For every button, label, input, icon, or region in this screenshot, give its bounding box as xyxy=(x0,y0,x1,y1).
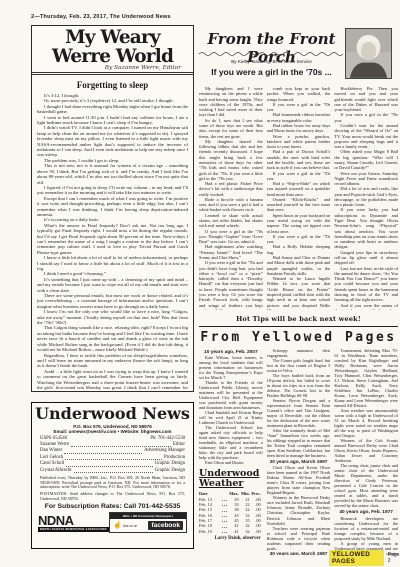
paragraph: Had Sonny and Cher or Donnie and Marie d… xyxy=(267,255,331,276)
paragraph: I went to bed around 11:30 p.m. I hadn’t… xyxy=(37,115,188,126)
newspaper-name: Underwood News xyxy=(32,406,193,423)
paragraph: I figured, if I’m not going to sleep, I’… xyxy=(37,185,188,196)
paragraph: Did a lot of arts and crafts, like yarn … xyxy=(334,186,398,207)
paragraph: It’s something that I just came up with … xyxy=(37,277,188,293)
dotted-leader xyxy=(222,521,227,522)
phone-number: Ph: 701-442-5530 xyxy=(150,436,185,441)
front-porch-byline: By Kathy Tandberg, BHG News Service xyxy=(199,59,344,64)
porch-column-1: My daughters and I were reminiscing on t… xyxy=(199,86,263,310)
paragraph: Schoepp announce their engagement. xyxy=(267,348,331,358)
staff-role: Graphic Design xyxy=(155,468,185,474)
paragraph: Senator Byron Dorgan and a representativ… xyxy=(267,398,331,428)
page-number-label: Page 2 xyxy=(388,552,400,564)
paragraph: Winners of the Cub Scouts annual Pinewoo… xyxy=(334,438,398,463)
date-cell: Feb. 19 xyxy=(199,529,221,534)
weather-table: Date Max. Min. Prec. Feb. 13 29 21 .00 xyxy=(199,491,261,534)
folio-line: 2—Thursday, Feb. 23, 2017, The Underwood… xyxy=(31,14,171,20)
paragraph: Huckleberry Pie. Then you moved on and y… xyxy=(334,86,398,112)
min-cell: 32 xyxy=(239,529,250,534)
paragraph: So do I, now that I see what some of tho… xyxy=(199,118,263,139)
paragraph: If you were a girl in the ’70s you: Thou… xyxy=(199,229,263,245)
porch-column-2: comb you kept in your back pocket. When … xyxy=(267,86,331,310)
staff-list: Suzanne Werre Editor Dan Winter Advertis… xyxy=(32,442,193,474)
hot-tips-notice: Hot Tips will be back next week! xyxy=(199,315,398,323)
newspaper-page: 2—Thursday, Feb. 23, 2017, The Underwood… xyxy=(0,0,400,567)
paragraph: Had rubber boots for rainy days and Moon… xyxy=(267,123,331,134)
paragraph: If you were a girl in the ’70s you: xyxy=(334,112,398,123)
yellowed-pages-section: From Yellowed Pages 10 years ago, Feb. 2… xyxy=(199,326,398,563)
paragraph: Andd ... a little light went on as I was… xyxy=(37,369,188,392)
weather-title: Underwood Weather xyxy=(199,469,261,489)
paragraph: Teachers were wearing pajamas at school … xyxy=(267,526,331,551)
paragraph: Had homemade ribbon barrettes in every i… xyxy=(267,112,331,123)
dotted-leader xyxy=(71,446,171,447)
dotted-leader xyxy=(222,527,227,528)
subscription-line: For Subscription Rates: Call 701-442-553… xyxy=(32,503,193,510)
article-headline: Forgetting to sleep xyxy=(32,80,193,90)
wavy-divider xyxy=(199,51,344,57)
ndna-association-label: NORTH DAKOTA NEWSPAPER ASSOCIATION xyxy=(38,527,109,532)
dotted-leader xyxy=(64,453,142,454)
paragraph: The Underwood School has again asked cit… xyxy=(199,425,263,460)
paragraph: Tournament, defeating Max 70-61 in Washb… xyxy=(334,348,398,408)
paragraph: Had a “Slip-n-Slide” on which you injure… xyxy=(267,181,331,197)
paragraph: There are some personal emails, but most… xyxy=(37,293,188,309)
prec-cell: .00 xyxy=(250,529,261,534)
paragraph: Wore a poncho, gauchos, knickers and whi… xyxy=(267,134,331,150)
columnist-photo xyxy=(345,28,392,79)
dotted-leader xyxy=(222,511,227,512)
paragraph: The swing choir, junior choir and senior… xyxy=(334,463,398,508)
porch-column-3: Huckleberry Pie. Then you moved on and y… xyxy=(334,86,398,310)
decade-header: 30 years ago, March 1987 xyxy=(267,552,331,555)
front-porch-body: My daughters and I were reminiscing on t… xyxy=(199,86,398,310)
paragraph: I know a little bit about a lot of stuff… xyxy=(37,255,188,271)
paragraph: The boys battled back from an 18-point d… xyxy=(267,373,331,398)
paragraph: Wanted to be Laura Ingalls Wilder. In fa… xyxy=(267,276,331,310)
paragraph: Kate Wilson, horse trainer, is among the… xyxy=(199,355,263,380)
weary-werre-column: My Weary Werre World By Suzanne Werre, E… xyxy=(31,25,194,392)
paragraph: Regardless, I have to tackle this proble… xyxy=(37,353,188,369)
weather-box: Underwood Weather Date Max. Min. Prec. F… xyxy=(199,469,263,541)
paragraph: Had nightmares after watching “Fantasy I… xyxy=(199,244,263,260)
portrait-graphic xyxy=(346,29,391,78)
publication-info: Published every Thursday by BHG, Inc., P… xyxy=(32,474,193,490)
paragraph: Rode a bicycle with a banana seat, and i… xyxy=(199,197,263,213)
paragraph: After the untimely death of Mel “Sam” Sa… xyxy=(267,428,331,458)
front-porch-article: From the Front Porch By Kathy Tandberg, … xyxy=(199,26,398,324)
paragraph: Bismarck developers are considering Unde… xyxy=(334,516,398,541)
paragraph: Last, but not least, in the style of the… xyxy=(334,266,398,303)
logo-row: NDNA NORTH DAKOTA NEWSPAPER ASSOCIATION … xyxy=(32,510,193,533)
paragraph: Erin Olson and Dustin xyxy=(199,460,263,465)
paragraph: Chad Olson and Kevin Olson have been nam… xyxy=(267,465,331,495)
paragraph: This is not new, nor is it unusual for w… xyxy=(37,163,188,185)
paragraph: Except that I can’t remember much of wha… xyxy=(37,196,188,218)
paragraph: The Comet girls fought hard, but lost in… xyxy=(267,358,331,373)
paragraph: My daughter shared the following tidbits… xyxy=(199,139,263,181)
like-text: Like us on xyxy=(123,524,138,528)
paragraph: comb you kept in your back pocket. When … xyxy=(267,86,331,102)
paragraph: Wore out your Grease, Saturday Night Fev… xyxy=(334,171,398,187)
dotted-leader xyxy=(65,459,162,460)
usps-phone-row: USPS 654540 Ph: 701-442-5530 xyxy=(32,434,193,442)
staff-name: Crystal Albrecht xyxy=(40,468,72,474)
yellowed-pages-body: 10 years ago, Feb. 2007 Kate Wilson, hor… xyxy=(199,347,398,555)
facebook-badge: BHG + ND Community Newspapers ☝ Like us … xyxy=(109,512,187,533)
newspaper-contact: Email: unnews@westriv.com • Website: bhg… xyxy=(32,429,193,434)
paragraph: If you were lucky you had subscriptions … xyxy=(334,207,398,249)
paragraph: Thanks to the Friends of the Underwood P… xyxy=(199,380,263,410)
paragraph: Had a pair of Doctor Scholl’s sandals, t… xyxy=(267,149,331,170)
dotted-leader xyxy=(74,472,153,473)
yellowed-pages-tag-row: YELLOWED PAGES Page 2 xyxy=(329,550,400,566)
yellowed-column-1: 10 years ago, Feb. 2007 Kate Wilson, hor… xyxy=(199,348,263,555)
paragraph: Had a Holly Hobbie sleeping bag. xyxy=(267,244,331,255)
paragraph: Couldn’t wait for the annual showing of … xyxy=(334,123,398,149)
paragraph: Spent hours in your backyard on your met… xyxy=(267,213,331,234)
postmaster-info: POSTMASTER: Send address changes to The … xyxy=(32,490,193,501)
paragraph: If you were a girl in the ’70s and you d… xyxy=(199,260,263,310)
column-title: My Weary Werre World xyxy=(36,29,189,66)
paragraph: Had a red plastic Fisher Price doctor’s … xyxy=(199,181,263,197)
thumbs-up-icon: ☝ xyxy=(113,522,122,529)
max-cell: 41 xyxy=(228,529,239,534)
yellowed-column-3: Tournament, defeating Max 70-61 in Washb… xyxy=(334,348,398,555)
facebook-logo: facebook xyxy=(148,521,183,530)
article-body: It’s 3:12, I thought. Or, more precisely… xyxy=(32,93,193,392)
paragraph: Owned “Klick-Klacks” and smacked yoursel… xyxy=(267,197,331,213)
ndna-wordmark: NDNA xyxy=(38,514,109,527)
paragraph: And if you were the moms of those girls,… xyxy=(334,303,398,310)
paragraph: I didn’t watch TV. I didn’t look at a co… xyxy=(37,125,188,157)
column-masthead: My Weary Werre World By Suzanne Werre, E… xyxy=(32,26,193,75)
paragraph: If you were a girl in the ’70s you: xyxy=(267,171,331,182)
facebook-badge-body: ☝ Like us on facebook xyxy=(110,519,186,532)
dotted-leader xyxy=(222,532,227,533)
paragraph: Gauged your lips in strawberry roll-on l… xyxy=(334,250,398,266)
decade-header: 10 years ago, Feb. 2007 xyxy=(199,350,263,355)
usps-number: USPS 654540 xyxy=(40,436,67,441)
paragraph: If you were a girl in the ’70s you: xyxy=(267,234,331,245)
paragraph: Often asked your Magic 8 Ball the big qu… xyxy=(334,149,398,170)
yellowed-column-2: Schoepp announce their engagement. The C… xyxy=(267,348,331,555)
dotted-leader xyxy=(66,466,153,467)
paragraph: Winners in the Pinewood Derby race inclu… xyxy=(267,495,331,525)
yellowed-pages-banner: From Yellowed Pages xyxy=(199,327,398,347)
paragraph: Chad Sundahl and Kristin Berge will be w… xyxy=(199,410,263,425)
dotted-leader xyxy=(222,516,227,517)
like-us-label: ☝ Like us on xyxy=(113,522,137,529)
yellowed-pages-highlight-tag: YELLOWED PAGES xyxy=(329,550,384,566)
ndna-logo: NDNA NORTH DAKOTA NEWSPAPER ASSOCIATION xyxy=(38,514,109,532)
weather-observer: Larry Dziuk, observer xyxy=(199,536,261,542)
paragraph: I thought I had done everything right Mo… xyxy=(37,104,188,115)
masthead-box: Underwood News P.O. Box 575, Underwood, … xyxy=(31,402,194,549)
weather-row: Feb. 19 41 32 .00 xyxy=(199,529,261,534)
paragraph: I know I’m not the only one who would li… xyxy=(37,309,188,325)
paragraph: My daughters and I were reminiscing on t… xyxy=(199,86,263,118)
paragraph: Area weather was unseasonably warm with … xyxy=(334,408,398,438)
decade-header: 40 years ago, Feb. 1977 xyxy=(334,510,398,515)
paragraph: If you were a girl in the ’70s you: xyxy=(267,102,331,113)
paragraph: What’s the answer to Final Jeopardy? Don… xyxy=(37,223,188,255)
paragraph: Learned to skate with actual skates, not… xyxy=(199,213,263,229)
dotted-leader xyxy=(222,505,227,506)
dotted-leader xyxy=(222,500,227,501)
paragraph: That Calgon thing sounds like a nice, re… xyxy=(37,325,188,352)
decade-header: 20 years ago, March 1997 xyxy=(267,460,331,465)
front-porch-headline: If you were a girl in the ’70s ... xyxy=(199,67,344,77)
